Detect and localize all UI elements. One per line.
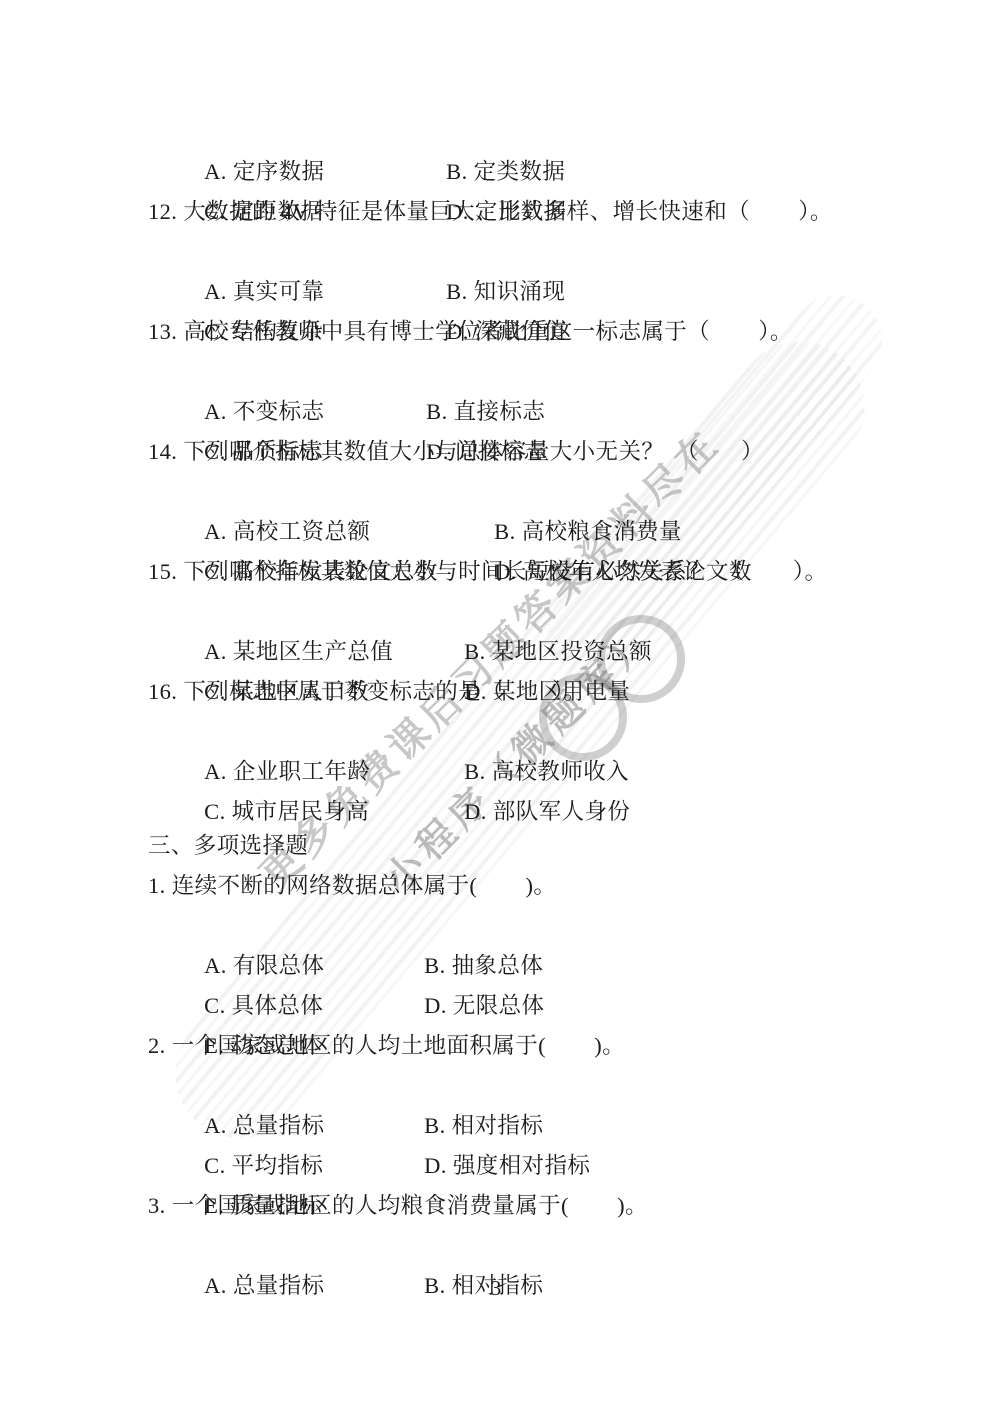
document-body: A. 定序数据B. 定类数据 C. 定距数据D. 定比数据 12. 大数据的 4…: [0, 0, 992, 1266]
q12-option-a: A. 真实可靠: [204, 272, 446, 312]
q11-option-row-ab: A. 定序数据B. 定类数据: [0, 112, 992, 152]
question-14-text: 14. 下列哪个指标其数值大小与总体容量大小无关？ （ ）: [0, 432, 992, 472]
mc-q2-option-c: C. 平均指标: [204, 1146, 424, 1186]
q15-option-row-ab: A. 某地区生产总值B. 某地区投资总额: [0, 592, 992, 632]
question-12-text: 12. 大数据的 4V 特征是体量巨大、形式多样、增长快速和（ ）。: [0, 192, 992, 232]
q15-option-b: B. 某地区投资总额: [464, 639, 652, 664]
mc-question-1-text: 1. 连续不断的网络数据总体属于( )。: [0, 866, 992, 906]
mc-q2-option-d: D. 强度相对指标: [424, 1153, 590, 1178]
q13-option-row-ab: A. 不变标志B. 直接标志: [0, 352, 992, 392]
mc-q1-option-b: B. 抽象总体: [424, 953, 543, 978]
question-13-text: 13. 高校专任教师中具有博士学位者比重这一标志属于（ ）。: [0, 312, 992, 352]
q13-option-b: B. 直接标志: [426, 399, 545, 424]
q14-option-b: B. 高校粮食消费量: [494, 519, 682, 544]
exam-page: 更多免费课后习题答案资料尽在 小程序（微题库） A. 定序数据B. 定类数据 C…: [0, 0, 992, 1403]
q16-option-b: B. 高校教师收入: [464, 759, 629, 784]
mc-q1-option-a: A. 有限总体: [204, 946, 424, 986]
q13-option-a: A. 不变标志: [204, 392, 426, 432]
page-number: 3: [0, 1276, 992, 1300]
section-three-title: 三、多项选择题: [0, 826, 992, 866]
q16-option-row-ab: A. 企业职工年龄B. 高校教师收入: [0, 712, 992, 752]
q15-option-a: A. 某地区生产总值: [204, 632, 464, 672]
q16-option-d: D. 部队军人身份: [464, 799, 630, 824]
q14-option-a: A. 高校工资总额: [204, 512, 494, 552]
q12-option-row-ab: A. 真实可靠B. 知识涌现: [0, 232, 992, 272]
mc-q3-option-row-ab: A. 总量指标B. 相对指标: [0, 1226, 992, 1266]
q11-option-b: B. 定类数据: [446, 159, 565, 184]
mc-q2-option-a: A. 总量指标: [204, 1106, 424, 1146]
mc-q2-option-row-ab: A. 总量指标B. 相对指标: [0, 1066, 992, 1106]
mc-q1-option-row-ab: A. 有限总体B. 抽象总体: [0, 906, 992, 946]
mc-question-3-text: 3. 一个国家或地区的人均粮食消费量属于( )。: [0, 1186, 992, 1226]
question-16-text: 16. 下列标志中属于不变标志的是（ ）。: [0, 672, 992, 712]
mc-q2-option-b: B. 相对指标: [424, 1113, 543, 1138]
mc-q1-option-d: D. 无限总体: [424, 993, 544, 1018]
q11-option-a: A. 定序数据: [204, 152, 446, 192]
q14-option-row-ab: A. 高校工资总额B. 高校粮食消费量: [0, 472, 992, 512]
mc-question-2-text: 2. 一个国家或地区的人均土地面积属于( )。: [0, 1026, 992, 1066]
question-15-text: 15. 下列哪个指标其数值大小与时间长短没有必然关系？ （ ）。: [0, 552, 992, 592]
mc-q1-option-c: C. 具体总体: [204, 986, 424, 1026]
q12-option-b: B. 知识涌现: [446, 279, 565, 304]
q16-option-a: A. 企业职工年龄: [204, 752, 464, 792]
